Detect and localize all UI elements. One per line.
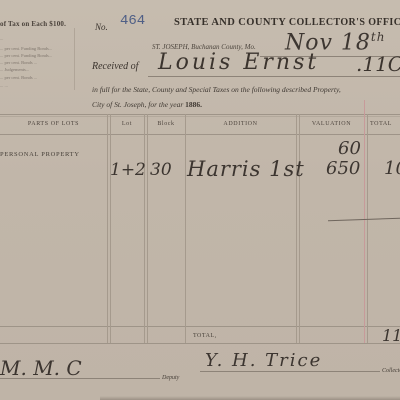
total-label: TOTAL, bbox=[193, 333, 217, 339]
column-divider bbox=[296, 114, 297, 343]
deputy-label: Deputy bbox=[162, 375, 179, 381]
tax-receipt-document: of Tax on Each $100. ... ... per cent. F… bbox=[0, 0, 400, 400]
column-divider bbox=[299, 114, 300, 343]
rate-line: ... bbox=[0, 36, 3, 41]
column-header-addition: ADDITION bbox=[185, 121, 296, 127]
in-full-statement: in full for the State, County and Specia… bbox=[92, 85, 341, 94]
column-header-valuation: VALUATION bbox=[299, 121, 364, 127]
rate-line: ... per cent. Bonds ... bbox=[0, 60, 37, 65]
personal-property-label: PERSONAL PROPERTY bbox=[0, 151, 80, 158]
collector-label: Collector bbox=[382, 368, 400, 374]
column-header-total: TOTAL bbox=[370, 121, 400, 127]
receipt-number: 464 bbox=[120, 13, 145, 29]
table-top-rule-double bbox=[0, 116, 400, 117]
city-text: City of St. Joseph, for the year bbox=[92, 100, 183, 109]
valuation-value-1: 60 bbox=[338, 138, 361, 159]
collector-signature: Y. H. Trice bbox=[205, 350, 322, 371]
rate-line: ... per cent. Bonds ... bbox=[0, 75, 37, 80]
block-value: 30 bbox=[150, 160, 172, 180]
received-of-label: Received of bbox=[92, 61, 138, 72]
column-header-lot: Lot bbox=[110, 121, 144, 127]
office-title-collector: COLLECTOR'S OFFICE bbox=[289, 17, 400, 28]
rate-line: ... per cent. Funding Bonds... bbox=[0, 53, 52, 58]
table-header-rule bbox=[0, 134, 400, 135]
column-header-parts-of-lots: PARTS OF LOTS bbox=[0, 121, 107, 127]
page-edge-shadow bbox=[100, 396, 400, 400]
collector-signature-line bbox=[200, 371, 380, 372]
column-divider-red bbox=[364, 100, 365, 343]
rate-table-title: of Tax on Each $100. bbox=[0, 20, 66, 28]
column-divider bbox=[185, 114, 186, 343]
column-divider bbox=[147, 114, 148, 343]
column-divider bbox=[144, 114, 145, 343]
table-total-rule bbox=[0, 343, 400, 344]
deputy-signature: M. M. C bbox=[0, 356, 82, 380]
addition-value: Harris 1st bbox=[187, 157, 305, 181]
column-divider bbox=[367, 114, 368, 343]
table-body-bottom-rule bbox=[0, 326, 400, 327]
office-title-state-county: STATE AND COUNTY bbox=[174, 17, 286, 28]
valuation-value-2: 650 bbox=[326, 158, 360, 179]
column-divider bbox=[107, 114, 108, 343]
office-title: STATE AND COUNTY COLLECTOR'S OFFICE bbox=[174, 17, 400, 28]
city-year-line: City of St. Joseph, for the year 1886. bbox=[92, 100, 202, 109]
lot-value: 1+2 bbox=[110, 160, 146, 180]
rate-table-divider bbox=[74, 28, 75, 90]
deputy-signature-line bbox=[0, 378, 160, 379]
total-value: 10 bbox=[384, 158, 400, 179]
rate-line: ... ... bbox=[0, 83, 8, 88]
column-divider bbox=[110, 114, 111, 343]
rate-line: ... Judgements... bbox=[0, 67, 29, 72]
column-header-block: Block bbox=[147, 121, 185, 127]
amount-handwritten: .11C bbox=[356, 52, 400, 76]
payer-name-handwritten: Louis Ernst bbox=[158, 50, 319, 75]
date-suffix: th bbox=[371, 30, 386, 44]
tax-year: 1886. bbox=[185, 100, 202, 109]
rate-line: ... per cent. Funding Bonds... bbox=[0, 46, 52, 51]
grand-total-value: 11 bbox=[382, 326, 400, 345]
receipt-number-label: No. bbox=[95, 22, 108, 32]
table-top-rule bbox=[0, 114, 400, 115]
payer-underline bbox=[148, 76, 400, 77]
